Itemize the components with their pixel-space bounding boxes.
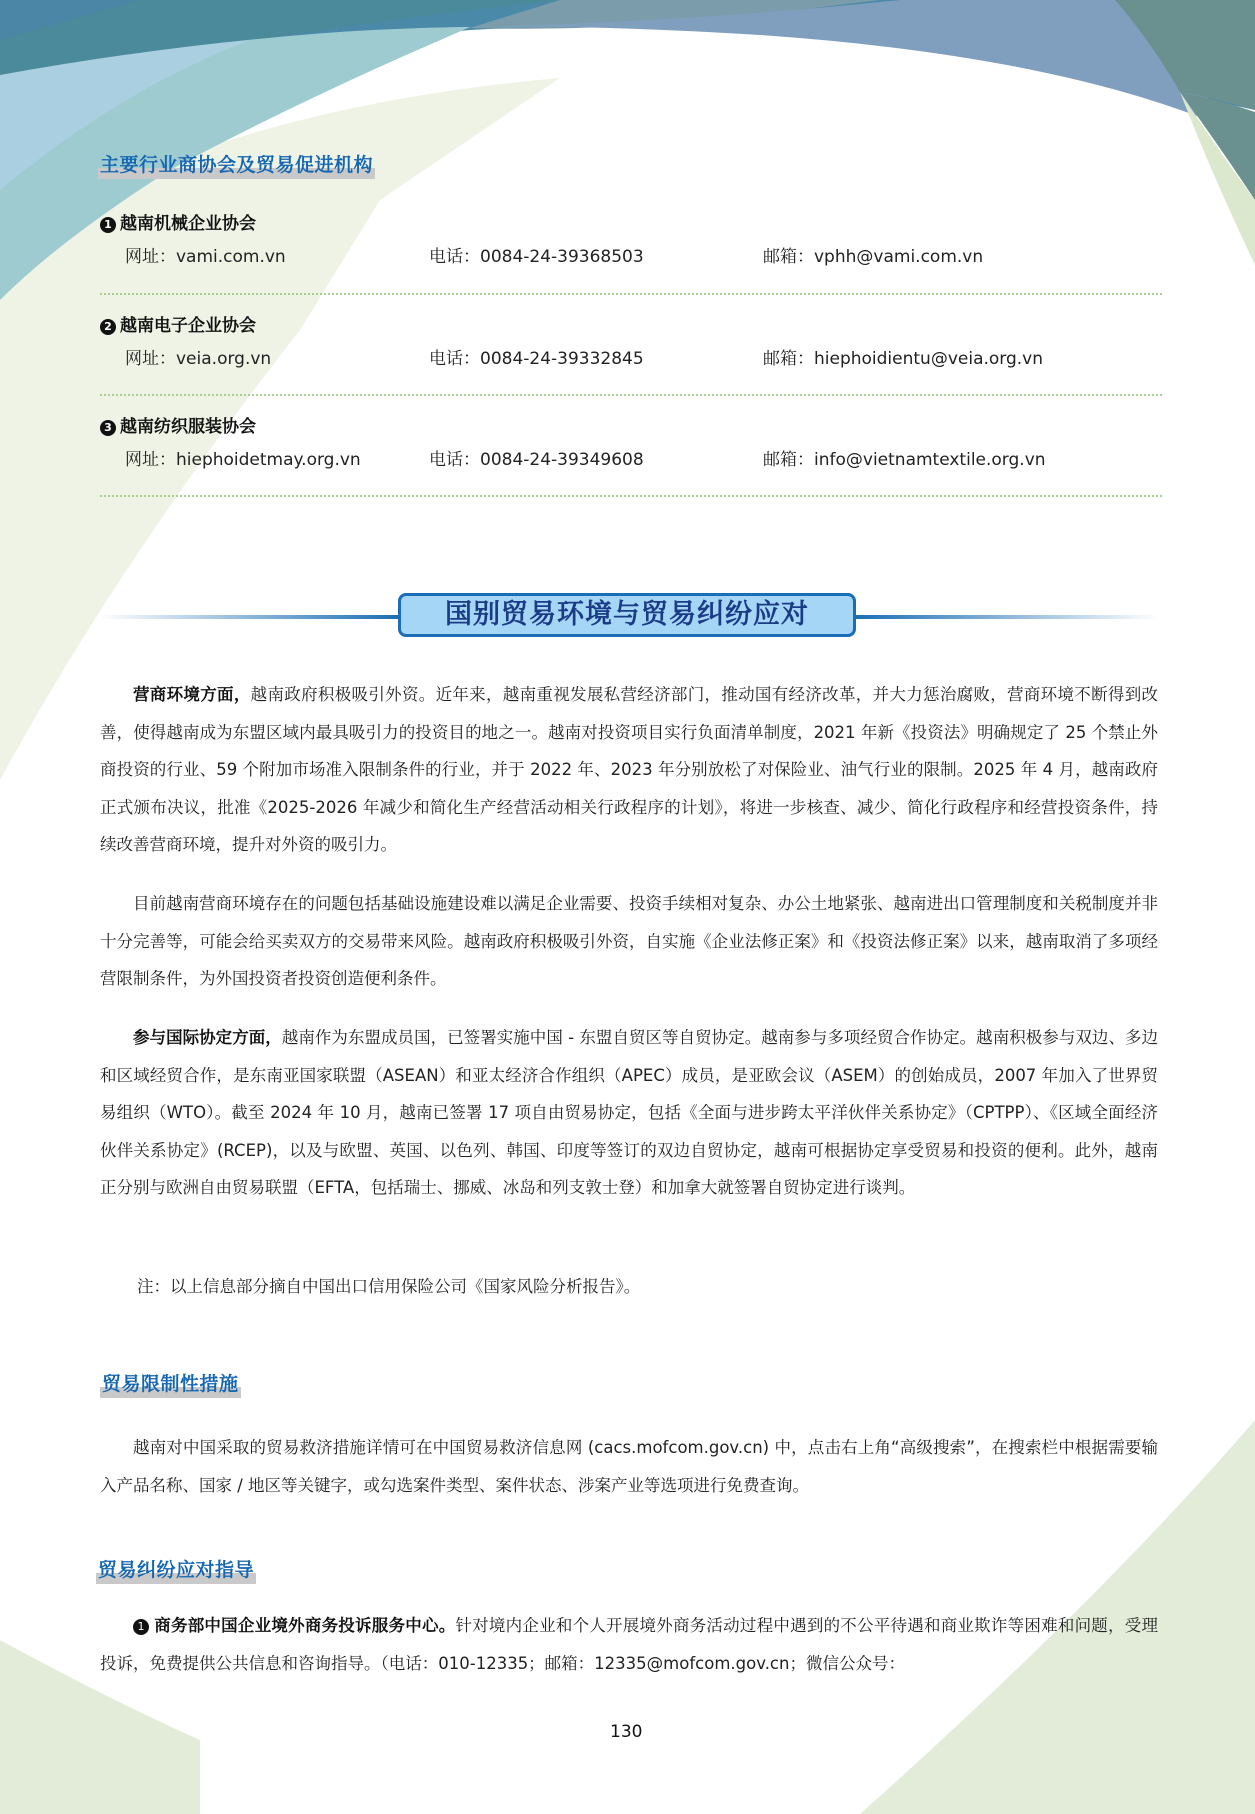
- association-name: 2越南电子企业协会: [100, 314, 1162, 338]
- source-note: 注：以上信息部分摘自中国出口信用保险公司《国家风险分析报告》。: [137, 1273, 640, 1297]
- section-heading-dispute-guidance: 贸易纠纷应对指导: [96, 1555, 256, 1584]
- paragraph-international-agreements: 参与国际协定方面，越南作为东盟成员国，已签署实施中国 - 东盟自贸区等自贸协定。…: [100, 1019, 1158, 1207]
- number-badge-icon: 3: [100, 420, 116, 436]
- section-heading-associations: 主要行业商协会及贸易促进机构: [98, 150, 375, 179]
- association-name: 1越南机械企业协会: [100, 212, 1162, 236]
- banner-line-left: [100, 615, 400, 619]
- association-name: 3越南纺织服装协会: [100, 415, 1162, 439]
- paragraph-trade-restrictions: 越南对中国采取的贸易救济措施详情可在中国贸易救济信息网 (cacs.mofcom…: [100, 1429, 1158, 1504]
- paragraph-environment-issues: 目前越南营商环境存在的问题包括基础设施建设难以满足企业需要、投资手续相对复杂、办…: [100, 885, 1158, 998]
- email-link[interactable]: vphh@vami.com.vn: [814, 247, 983, 267]
- dotted-divider: [100, 495, 1162, 497]
- website-field: 网址：vami.com.vn: [125, 242, 286, 267]
- website-link[interactable]: veia.org.vn: [176, 349, 271, 369]
- paragraph-dispute-guidance: 1商务部中国企业境外商务投诉服务中心。针对境内企业和个人开展境外商务活动过程中遇…: [100, 1607, 1158, 1682]
- email-field: 邮箱：hiephoidientu@veia.org.vn: [763, 344, 1043, 369]
- website-field: 网址：hiephoidetmay.org.vn: [125, 445, 361, 470]
- association-item: 3越南纺织服装协会 网址：hiephoidetmay.org.vn 电话：008…: [100, 415, 1162, 475]
- number-badge-icon: 1: [100, 217, 116, 233]
- page-number: 130: [610, 1722, 642, 1742]
- association-item: 1越南机械企业协会 网址：vami.com.vn 电话：0084-24-3936…: [100, 212, 1162, 272]
- website-field: 网址：veia.org.vn: [125, 344, 271, 369]
- number-badge-icon: 2: [100, 319, 116, 335]
- dotted-divider: [100, 394, 1162, 396]
- banner-line-right: [854, 615, 1160, 619]
- phone-field: 电话：0084-24-39332845: [429, 344, 644, 369]
- number-badge-icon: 1: [133, 1619, 149, 1635]
- section-heading-trade-restrictions: 贸易限制性措施: [100, 1369, 241, 1398]
- association-item: 2越南电子企业协会 网址：veia.org.vn 电话：0084-24-3933…: [100, 314, 1162, 374]
- paragraph-business-environment: 营商环境方面，越南政府积极吸引外资。近年来，越南重视发展私营经济部门，推动国有经…: [100, 676, 1158, 864]
- chapter-banner: 国别贸易环境与贸易纠纷应对: [398, 593, 856, 637]
- website-link[interactable]: hiephoidetmay.org.vn: [176, 450, 361, 470]
- email-link[interactable]: hiephoidientu@veia.org.vn: [814, 349, 1043, 369]
- phone-field: 电话：0084-24-39368503: [429, 242, 644, 267]
- email-field: 邮箱：vphh@vami.com.vn: [763, 242, 983, 267]
- email-link[interactable]: info@vietnamtextile.org.vn: [814, 450, 1046, 470]
- dotted-divider: [100, 293, 1162, 295]
- email-field: 邮箱：info@vietnamtextile.org.vn: [763, 445, 1046, 470]
- website-link[interactable]: vami.com.vn: [176, 247, 286, 267]
- phone-field: 电话：0084-24-39349608: [429, 445, 644, 470]
